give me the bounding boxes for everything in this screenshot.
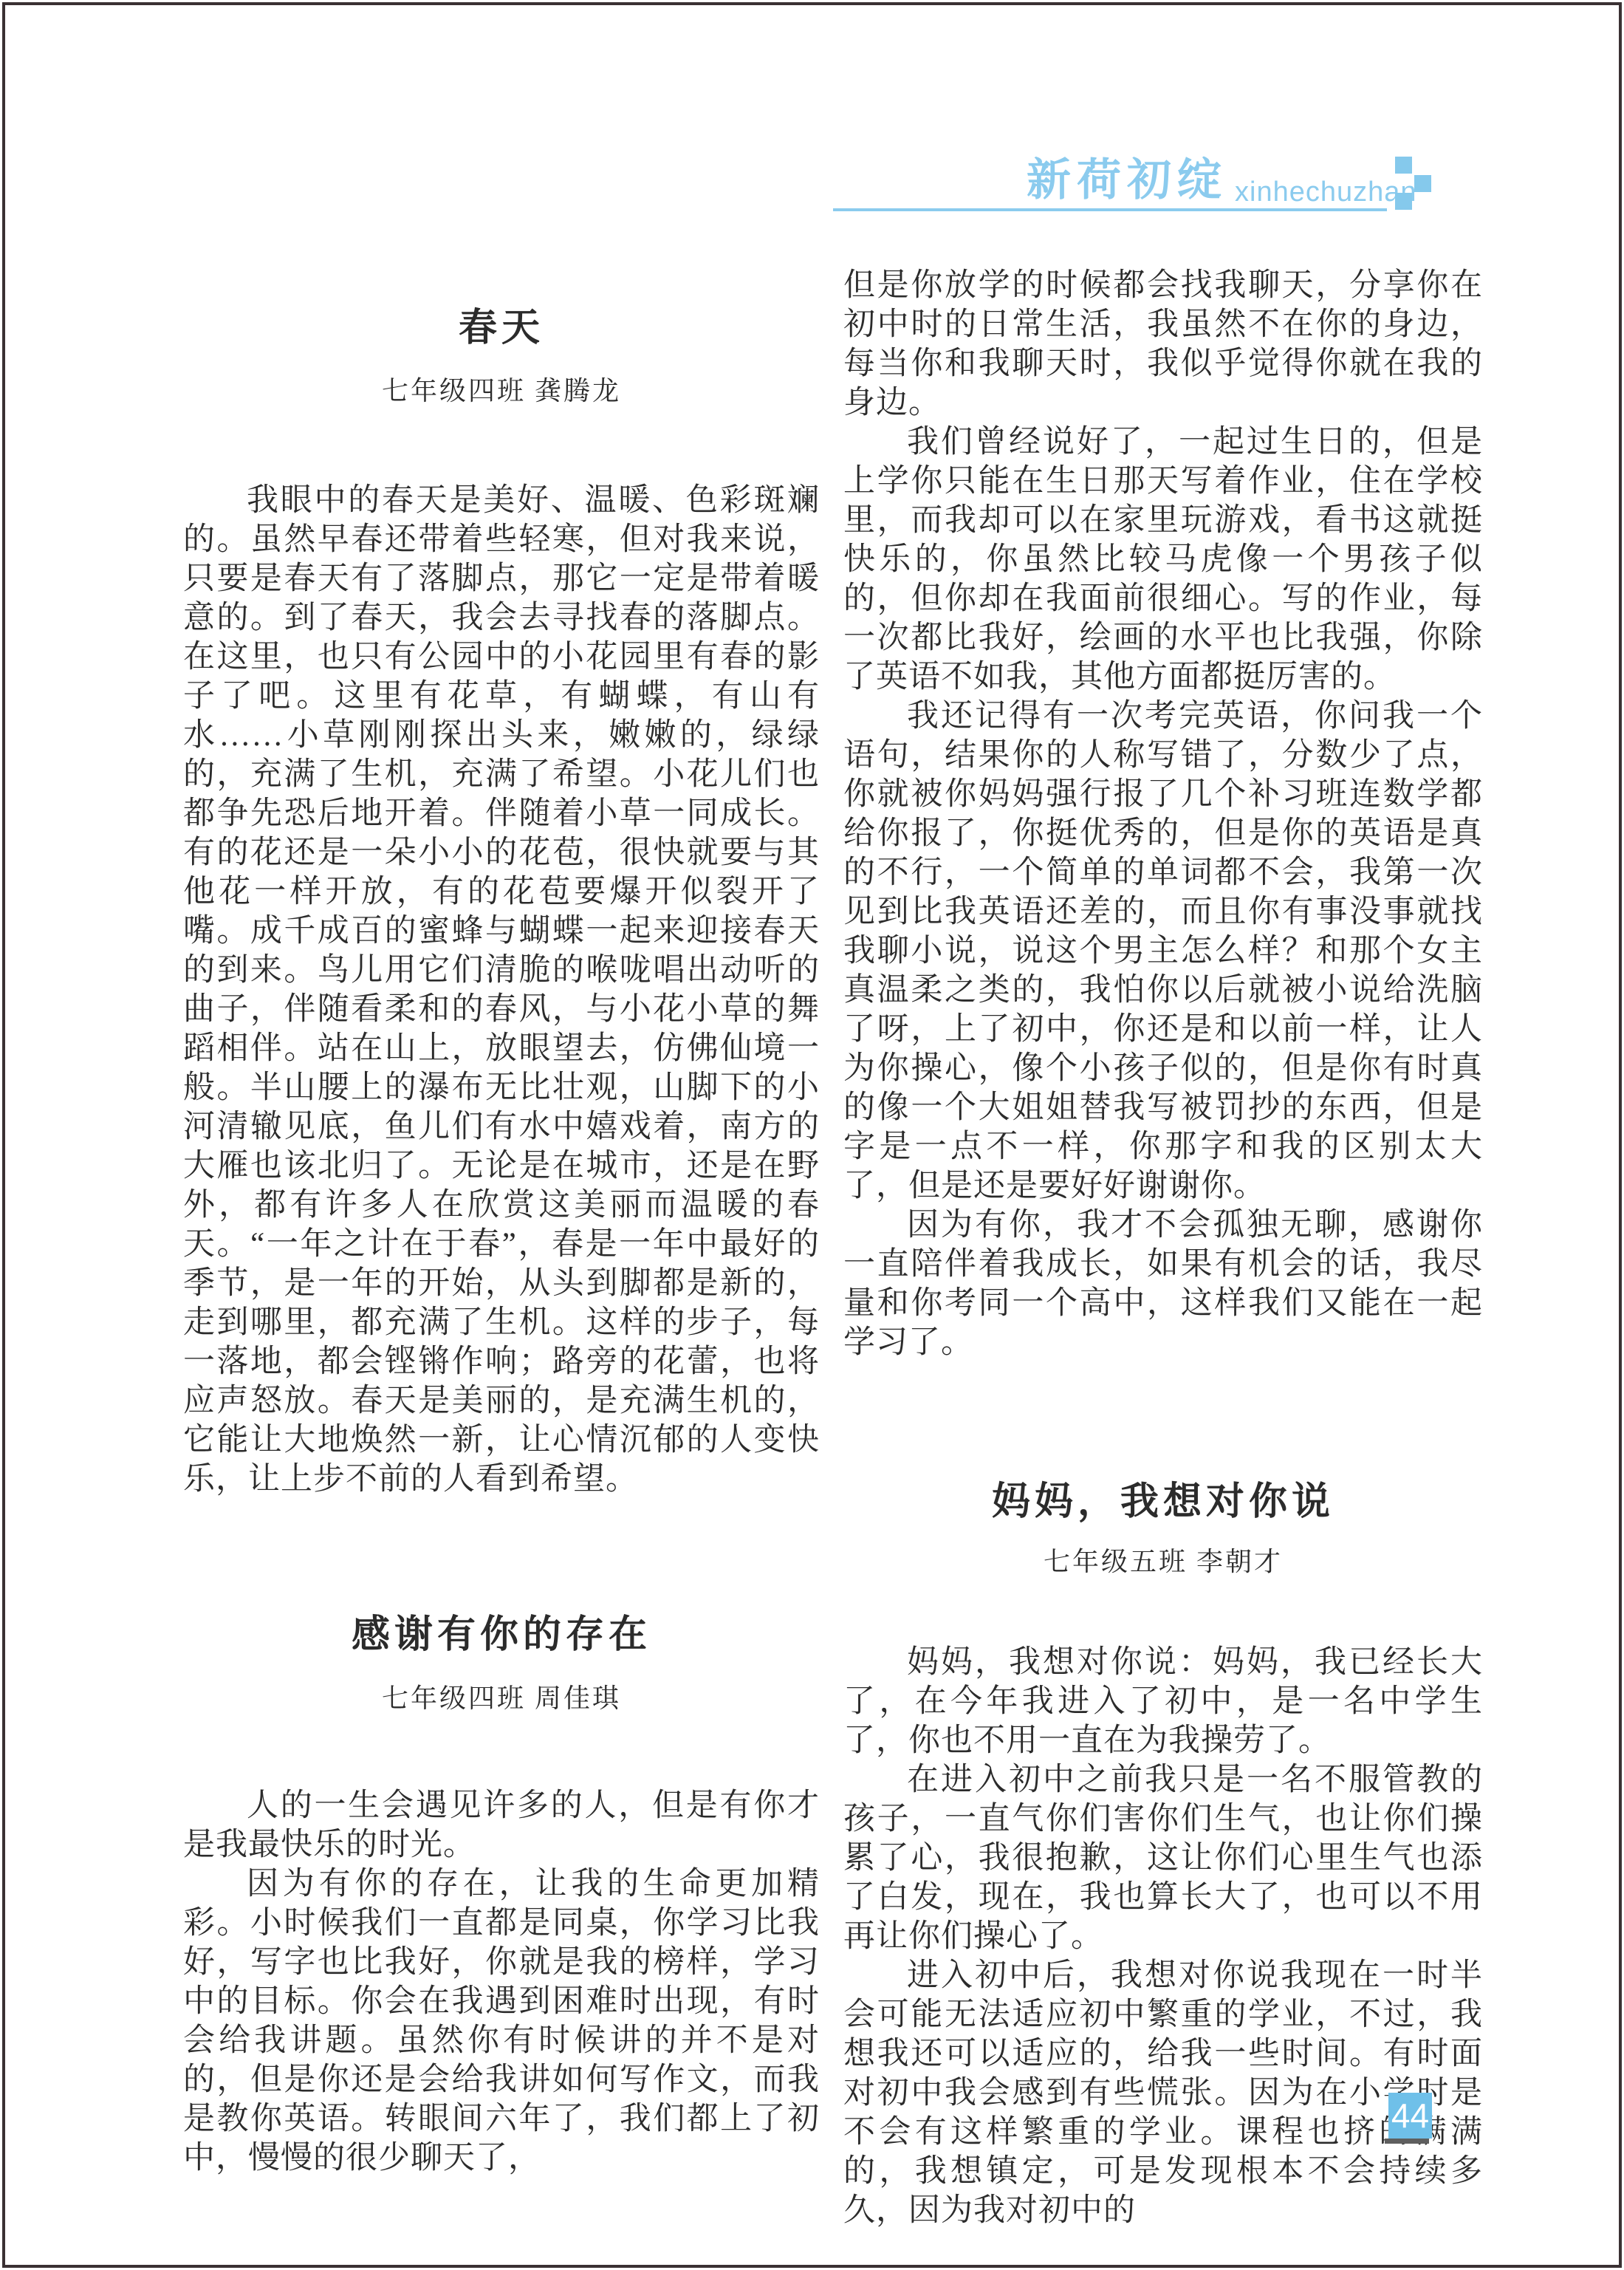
essay-paragraph: 我还记得有一次考完英语，你问我一个语句，结果你的人称写错了，分数少了点，你就被你…	[843, 697, 1483, 1206]
essay-title-mama: 妈妈，我想对你说	[843, 1480, 1483, 1525]
essay-paragraph: 进入初中后，我想对你说我现在一时半会可能无法适应初中繁重的学业，不过，我想我还可…	[843, 1956, 1483, 2230]
header-underline	[833, 208, 1387, 211]
essay-paragraph: 因为有你的存在，让我的生命更加精彩。小时候我们一直都是同桌，你学习比我好，写字也…	[183, 1864, 820, 2178]
magazine-section-title: 新荷初绽	[1027, 157, 1227, 203]
essay-paragraph: 我们曾经说好了，一起过生日的，但是上学你只能在生日那天写着作业，住在学校里，而我…	[843, 423, 1483, 697]
right-column: 但是你放学的时候都会找我聊天，分享你在初中时的日常生活，我虽然不在你的身边，每当…	[843, 266, 1483, 2230]
essay-paragraph: 在进入初中之前我只是一名不服管教的孩子，一直气你们害你们生气，也让你们操累了心，…	[843, 1760, 1483, 1956]
essay-author-thanks: 七年级四班 周佳琪	[183, 1682, 820, 1715]
left-column: 春天 七年级四班 龚腾龙 我眼中的春天是美好、温暖、色彩斑斓的。虽然早春还带着些…	[183, 288, 820, 2178]
essay-paragraph: 妈妈，我想对你说：妈妈，我已经长大了，在今年我进入了初中，是一名中学生了，你也不…	[843, 1643, 1483, 1760]
logo-square-icon	[1395, 157, 1412, 174]
essay-author-mama: 七年级五班 李朝才	[843, 1545, 1483, 1578]
essay-author-spring: 七年级四班 龚腾龙	[183, 375, 820, 407]
essay-paragraph: 人的一生会遇见许多的人，但是有你才是我最快乐的时光。	[183, 1786, 820, 1864]
logo-square-icon	[1395, 193, 1412, 210]
essay-paragraph: 我眼中的春天是美好、温暖、色彩斑斓的。虽然早春还带着些轻寒，但对我来说，只要是春…	[183, 481, 820, 1499]
logo-square-icon	[1414, 175, 1431, 192]
page-number-badge: 44	[1388, 2093, 1432, 2139]
essay-paragraph: 因为有你，我才不会孤独无聊，感谢你一直陪伴着我成长，如果有机会的话，我尽量和你考…	[843, 1206, 1483, 1362]
essay-paragraph-continuation: 但是你放学的时候都会找我聊天，分享你在初中时的日常生活，我虽然不在你的身边，每当…	[843, 266, 1483, 423]
essay-title-thanks: 感谢有你的存在	[183, 1613, 820, 1658]
magazine-section-pinyin: xinhechuzhan	[1235, 177, 1417, 207]
pixel-squares-logo	[1395, 157, 1447, 210]
essay-title-spring: 春天	[183, 307, 820, 351]
